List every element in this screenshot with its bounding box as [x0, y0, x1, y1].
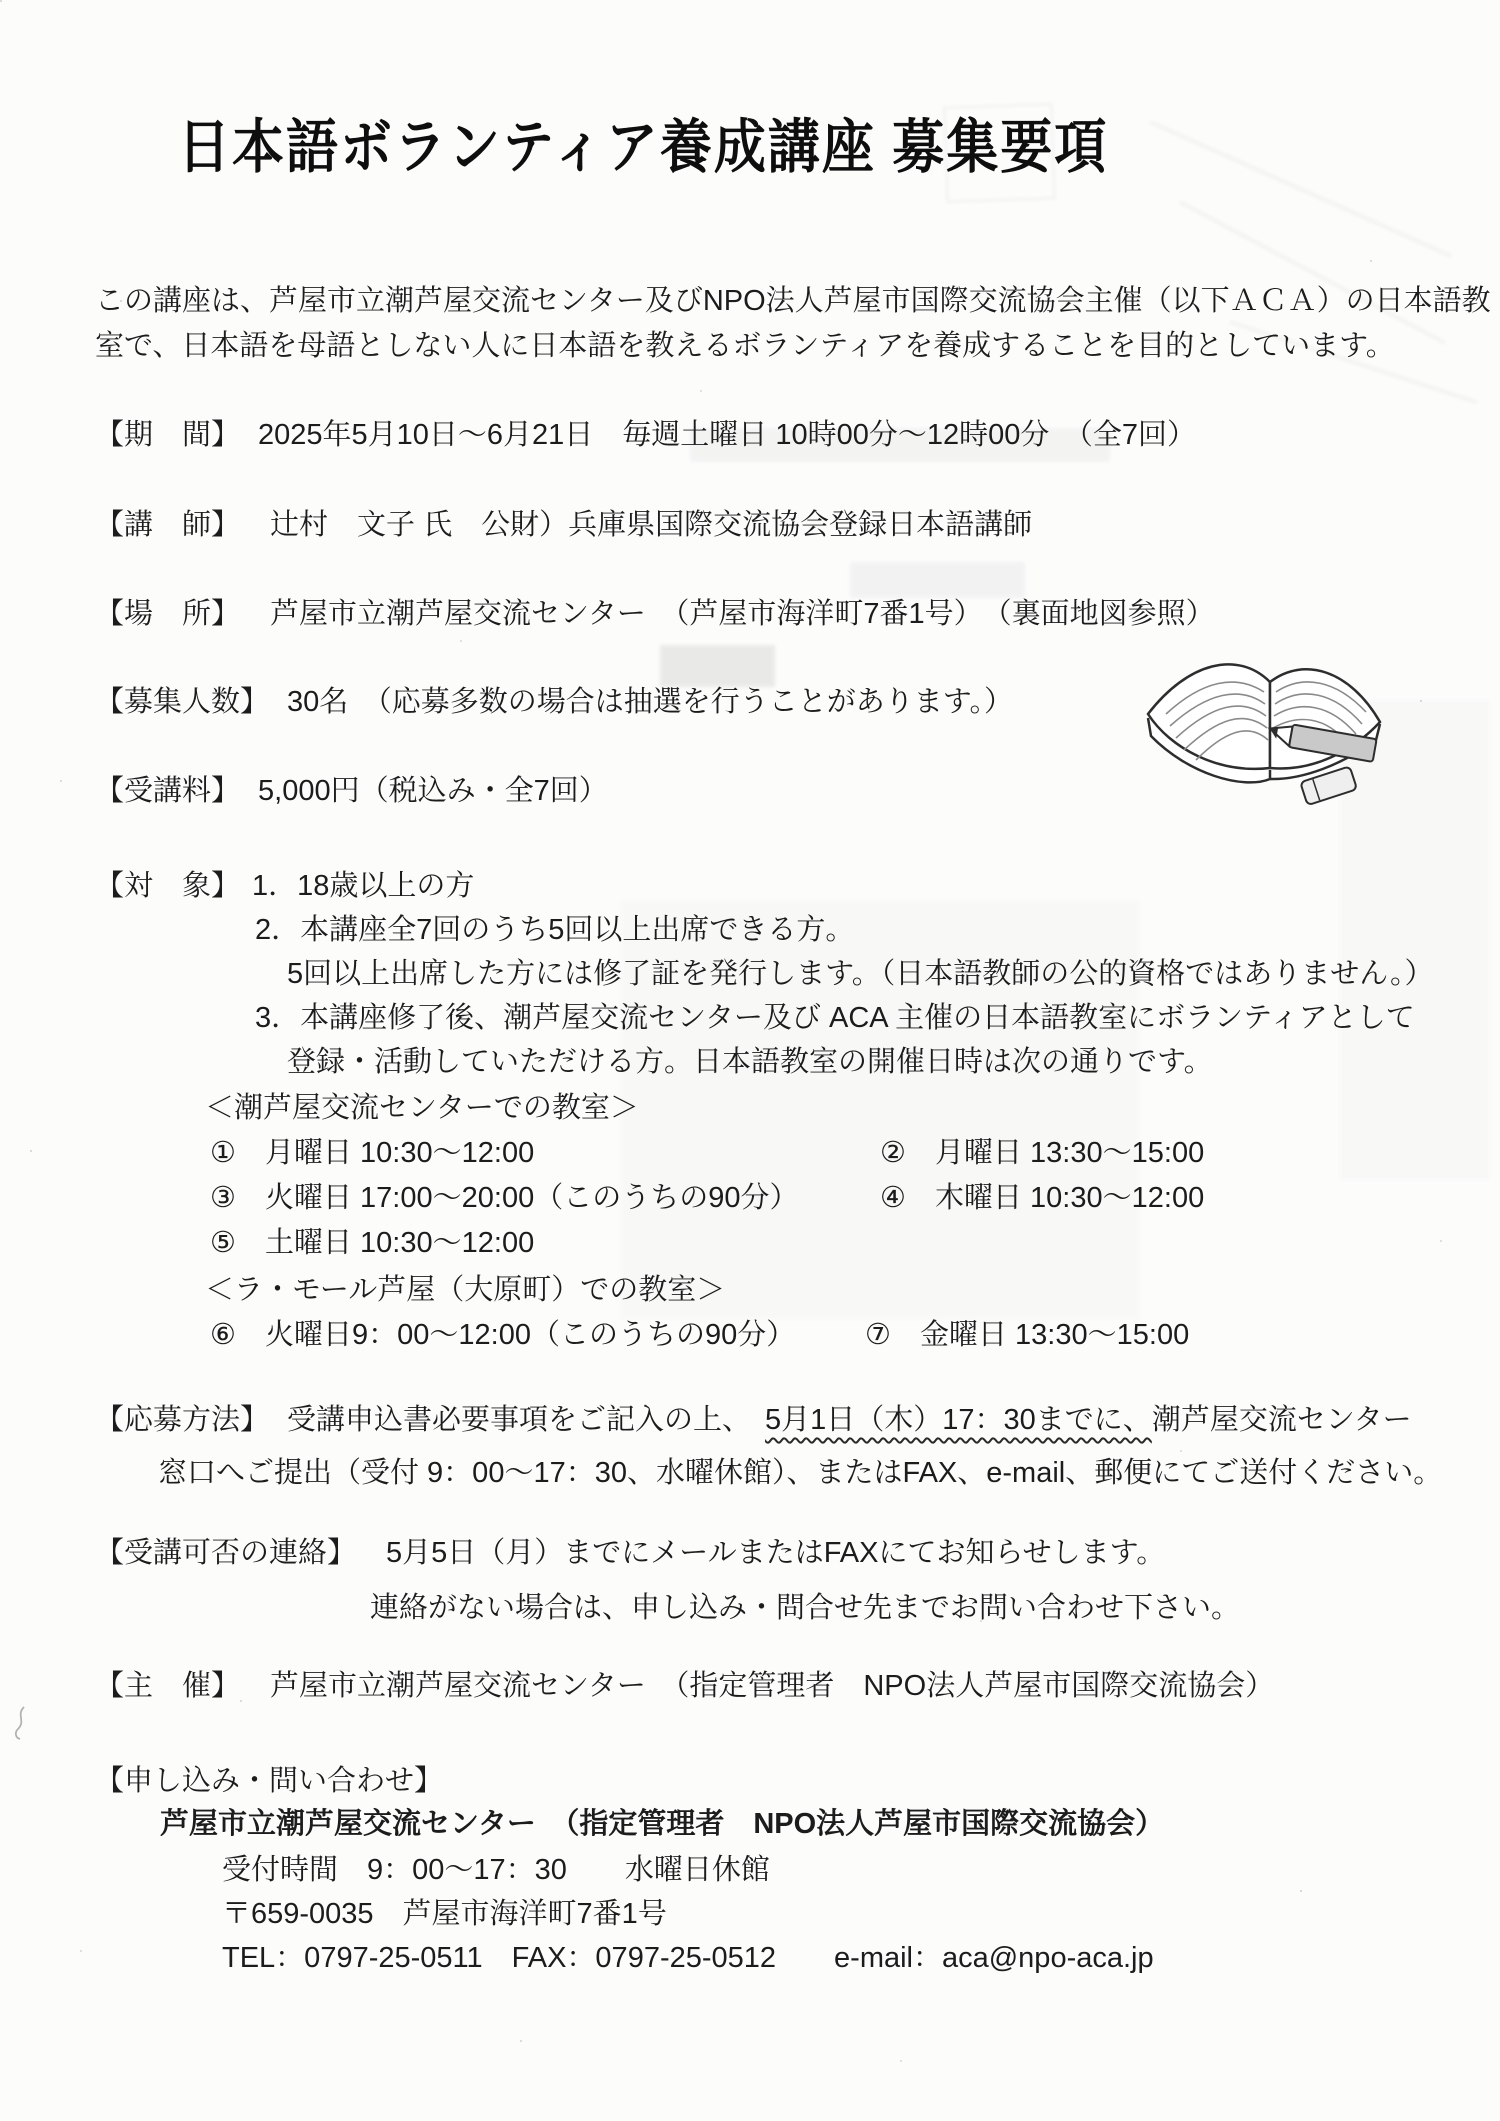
fee-label: 【受講料】 [95, 773, 240, 809]
scan-noise [0, 0, 2, 2]
bleed-through-artifact [660, 645, 775, 687]
target-label: 【対 象】 [95, 868, 240, 904]
application-text-post: 潮芦屋交流センター [1152, 1404, 1412, 1436]
target-item-3: 3．本講座修了後、潮芦屋交流センター及び ACA 主催の日本語教室にボランティア… [255, 1000, 1415, 1036]
schedule-slot-3: ③ 火曜日 17:00～20:00（このうちの90分） [210, 1180, 798, 1216]
bleed-through-artifact [1179, 200, 1446, 344]
application-deadline: 5月1日（木）17：30までに、 [765, 1404, 1152, 1436]
period-label: 【期 間】 [95, 417, 240, 453]
target-item-2: 2．本講座全7回のうち5回以上出席できる方。 [255, 912, 854, 948]
target-item-1: 1．18歳以上の方 [252, 870, 474, 902]
notebook-pencil-illustration [1118, 622, 1408, 817]
place-row: 【場 所】芦屋市立潮芦屋交流センター （芦屋市海洋町7番1号） （裏面地図参照） [95, 596, 1215, 632]
page-title: 日本語ボランティア養成講座 募集要項 [178, 112, 1108, 185]
capacity-label: 【募集人数】 [95, 684, 269, 720]
schedule-slot-2: ② 月曜日 13:30～15:00 [880, 1135, 1204, 1171]
target-item-2-note: 5回以上出席した方には修了証を発行します。（日本語教師の公的資格ではありません。… [287, 956, 1434, 992]
place-value: 芦屋市立潮芦屋交流センター （芦屋市海洋町7番1号） （裏面地図参照） [270, 598, 1215, 630]
lecturer-value: 辻村 文子 氏 公財）兵庫県国際交流協会登録日本語講師 [270, 509, 1032, 541]
contact-organization: 芦屋市立潮芦屋交流センター （指定管理者 NPO法人芦屋市国際交流協会） [160, 1806, 1164, 1842]
bleed-through-artifact [1149, 120, 1452, 258]
lecturer-row: 【講 師】辻村 文子 氏 公財）兵庫県国際交流協会登録日本語講師 [95, 507, 1032, 543]
schedule-lamall-heading: ＜ラ・モール芦屋（大原町）での教室＞ [205, 1272, 725, 1308]
lecturer-label: 【講 師】 [95, 507, 240, 543]
schedule-center-heading: ＜潮芦屋交流センターでの教室＞ [205, 1090, 639, 1126]
schedule-slot-6: ⑥ 火曜日9：00～12:00（このうちの90分） [210, 1317, 795, 1353]
bleed-through-artifact [850, 562, 1025, 598]
fee-value: 5,000円（税込み・全7回） [258, 775, 608, 807]
application-text-pre: 受講申込書必要事項をご記入の上、 [287, 1404, 751, 1436]
fee-row: 【受講料】5,000円（税込み・全7回） [95, 773, 608, 809]
place-label: 【場 所】 [95, 596, 240, 632]
pen-mark [10, 1705, 32, 1741]
target-row: 【対 象】1．18歳以上の方 [95, 868, 474, 904]
capacity-row: 【募集人数】30名 （応募多数の場合は抽選を行うことがあります。） [95, 684, 1013, 720]
schedule-slot-4: ④ 木曜日 10:30～12:00 [880, 1180, 1204, 1216]
organizer-value: 芦屋市立潮芦屋交流センター （指定管理者 NPO法人芦屋市国際交流協会） [270, 1670, 1274, 1702]
notification-line-2: 連絡がない場合は、申し込み・問合せ先までお問い合わせ下さい。 [370, 1590, 1240, 1626]
organizer-label: 【主 催】 [95, 1668, 240, 1704]
notification-line-1: 【受講可否の連絡】5月5日（月）までにメールまたはFAXにてお知らせします。 [95, 1535, 1165, 1571]
application-label: 【応募方法】 [95, 1402, 269, 1438]
period-row: 【期 間】2025年5月10日～6月21日 毎週土曜日 10時00分～12時00… [95, 417, 1196, 453]
contact-tel-fax-email: TEL：0797-25-0511 FAX：0797-25-0512 e-mail… [222, 1940, 1154, 1976]
application-line-1: 【応募方法】受講申込書必要事項をご記入の上、5月1日（木）17：30までに、潮芦… [95, 1402, 1412, 1438]
intro-line-1: この講座は、芦屋市立潮芦屋交流センター及びNPO法人芦屋市国際交流協会主催（以下… [95, 283, 1491, 319]
application-line-2: 窓口へご提出（受付 9：00～17：30、水曜休館）、またはFAX、e-mail… [158, 1455, 1442, 1491]
notification-label: 【受講可否の連絡】 [95, 1535, 356, 1571]
scanned-document-page: 日本語ボランティア養成講座 募集要項 この講座は、芦屋市立潮芦屋交流センター及び… [0, 0, 1500, 2121]
notification-text-1: 5月5日（月）までにメールまたはFAXにてお知らせします。 [386, 1537, 1165, 1569]
organizer-row: 【主 催】芦屋市立潮芦屋交流センター （指定管理者 NPO法人芦屋市国際交流協会… [95, 1668, 1274, 1704]
period-value: 2025年5月10日～6月21日 毎週土曜日 10時00分～12時00分 （全7… [258, 419, 1196, 451]
target-item-3-cont: 登録・活動していただける方。日本語教室の開催日時は次の通りです。 [287, 1044, 1213, 1080]
capacity-value: 30名 （応募多数の場合は抽選を行うことがあります。） [287, 686, 1013, 718]
intro-line-2: 室で、日本語を母語としない人に日本語を教えるボランティアを養成することを目的とし… [95, 328, 1395, 364]
contact-address: 〒659-0035 芦屋市海洋町7番1号 [222, 1896, 667, 1932]
schedule-slot-5: ⑤ 土曜日 10:30～12:00 [210, 1225, 534, 1261]
schedule-slot-7: ⑦ 金曜日 13:30～15:00 [865, 1317, 1189, 1353]
contact-hours: 受付時間 9：00～17：30 水曜日休館 [222, 1852, 770, 1888]
schedule-slot-1: ① 月曜日 10:30～12:00 [210, 1135, 534, 1171]
contact-label: 【申し込み・問い合わせ】 [95, 1763, 443, 1799]
